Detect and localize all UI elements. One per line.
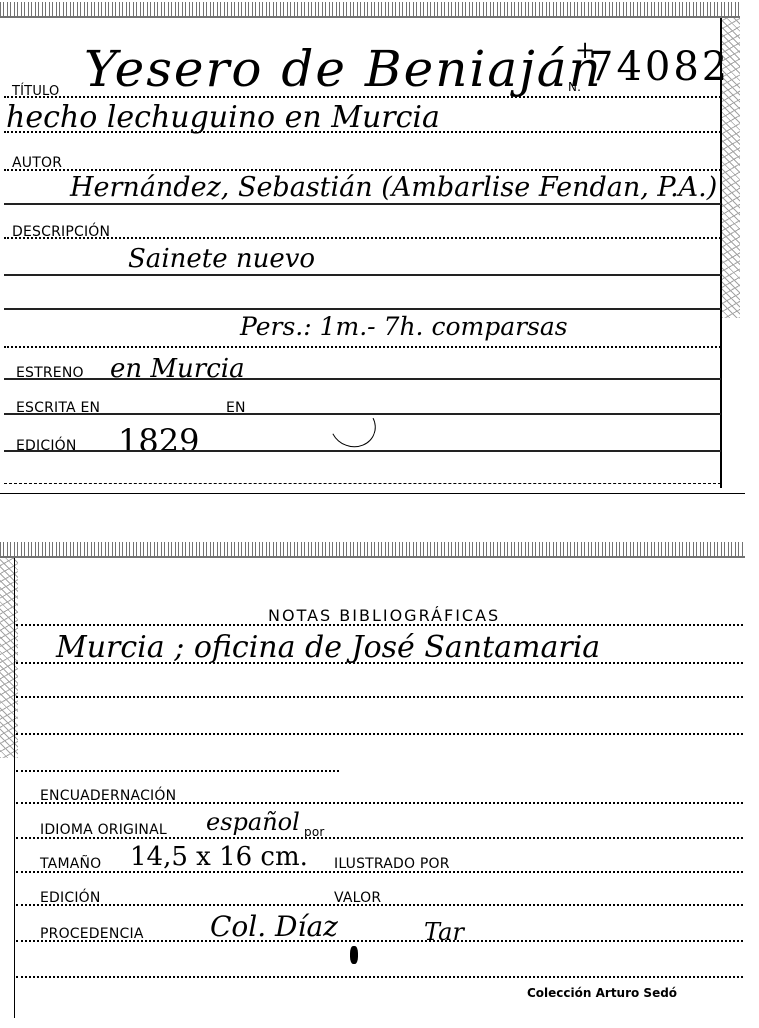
- autor-value: Hernández, Sebastián (Ambarlise Fendan, …: [70, 172, 717, 203]
- rule: [16, 733, 743, 735]
- rule: [16, 624, 743, 626]
- titulo-value: Yesero de Beniaján: [84, 40, 603, 98]
- rule: [4, 378, 721, 380]
- ink-blot: [350, 946, 358, 964]
- rule: [16, 940, 743, 942]
- descripcion-value: Sainete nuevo: [128, 244, 315, 274]
- rule: [4, 169, 721, 171]
- notas-value: Murcia ; oficina de José Santamaria: [56, 630, 600, 665]
- edicion-value: 1829: [118, 422, 199, 460]
- idioma-label: IDIOMA ORIGINAL: [40, 822, 167, 838]
- ilustrado-por-label: ILUSTRADO POR: [334, 856, 450, 872]
- rule: [16, 976, 743, 978]
- rule: [16, 696, 743, 698]
- titulo-continuation: hecho lechuguino en Murcia: [6, 100, 440, 135]
- rule: [4, 274, 721, 276]
- scan-edge-noise-left: [0, 558, 18, 758]
- rule: [16, 770, 339, 772]
- rule: [16, 662, 743, 664]
- rule: [4, 203, 721, 205]
- catalog-number: 74082: [588, 44, 730, 90]
- rule: [16, 904, 743, 906]
- idioma-value: español: [206, 808, 300, 836]
- number-prefix: N.: [568, 80, 581, 94]
- personajes-value: Pers.: 1m.- 7h. comparsas: [240, 312, 568, 341]
- notas-heading: NOTAS BIBLIOGRÁFICAS: [268, 606, 500, 625]
- rule: [4, 131, 721, 133]
- rule: [16, 871, 743, 873]
- scan-edge-noise: [0, 2, 740, 16]
- card-edge-bottom: [0, 493, 745, 494]
- scan-edge-noise: [0, 542, 745, 556]
- rule: [4, 237, 721, 239]
- procedencia-value: Col. Díaz: [210, 910, 338, 943]
- collection-credit: Colección Arturo Sedó: [527, 986, 677, 1000]
- rule: [16, 837, 743, 839]
- rule: [4, 96, 721, 98]
- card-border-left: [14, 558, 15, 1018]
- rule: [4, 483, 721, 484]
- paper-stain: [324, 398, 382, 453]
- catalog-card-front: TÍTULO Yesero de Beniaján + N. 74082 hec…: [0, 0, 759, 500]
- tamano-value: 14,5 x 16 cm.: [130, 842, 308, 872]
- rule: [4, 346, 721, 348]
- rule: [16, 802, 743, 804]
- rule: [4, 450, 721, 452]
- catalog-card-back: NOTAS BIBLIOGRÁFICAS Murcia ; oficina de…: [0, 538, 759, 1028]
- rule: [4, 308, 721, 310]
- tamano-label: TAMAÑO: [40, 856, 101, 872]
